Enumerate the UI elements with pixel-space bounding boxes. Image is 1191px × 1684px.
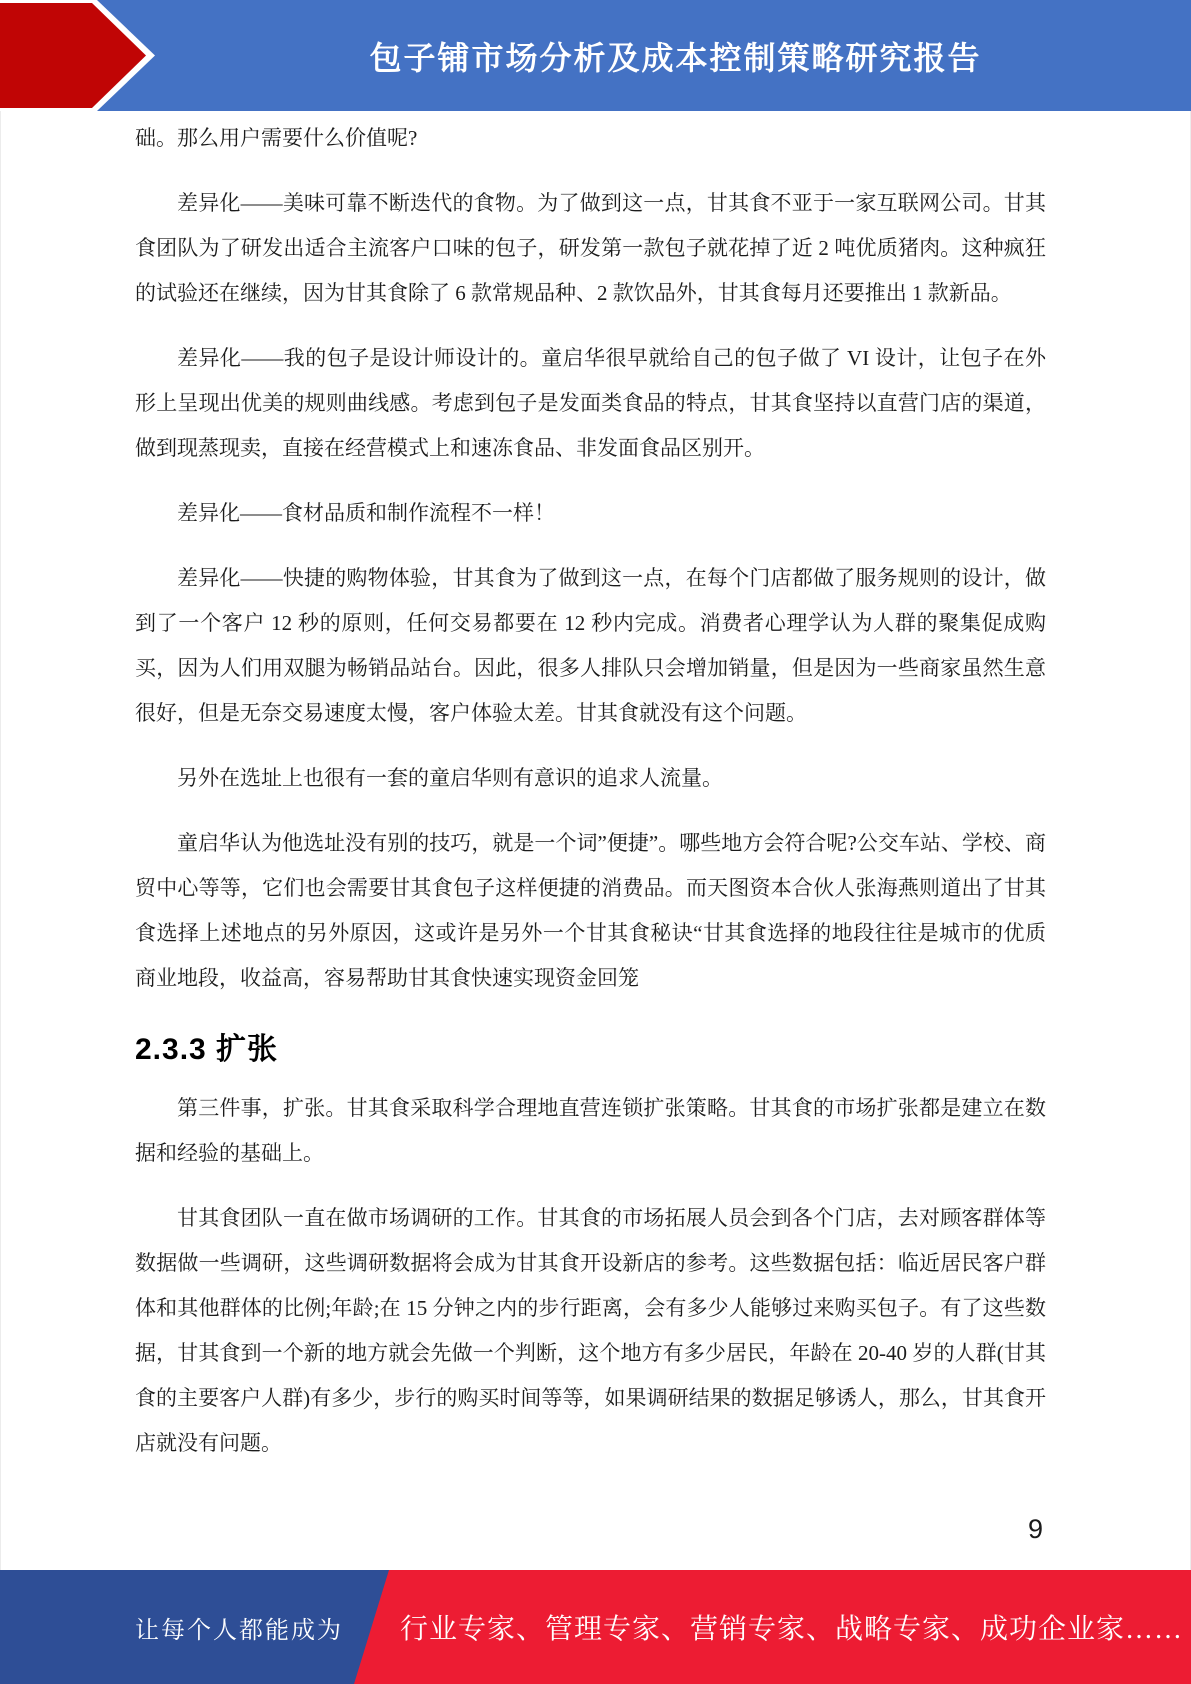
chevron-arrow-icon [0, 0, 160, 111]
page-title: 包子铺市场分析及成本控制策略研究报告 [160, 0, 1191, 111]
section-heading: 2.3.3 扩张 [135, 1027, 1046, 1072]
report-page: 包子铺市场分析及成本控制策略研究报告 础。那么用户需要什么价值呢? 差异化——美… [0, 0, 1191, 1684]
paragraph: 差异化——美味可靠不断迭代的食物。为了做到这一点，甘其食不亚于一家互联网公司。甘… [135, 181, 1046, 316]
footer-band: 让每个人都能成为 行业专家、管理专家、营销专家、战略专家、成功企业家…… [0, 1570, 1191, 1684]
paragraph: 另外在选址上也很有一套的童启华则有意识的追求人流量。 [135, 756, 1046, 801]
page-number: 9 [1028, 1514, 1043, 1545]
paragraph: 第三件事，扩张。甘其食采取科学合理地直营连锁扩张策略。甘其食的市场扩张都是建立在… [135, 1086, 1046, 1176]
paragraph: 甘其食团队一直在做市场调研的工作。甘其食的市场拓展人员会到各个门店，去对顾客群体… [135, 1196, 1046, 1466]
footer-slogan-left: 让每个人都能成为 [135, 1570, 343, 1684]
footer-slogan-right: 行业专家、管理专家、营销专家、战略专家、成功企业家…… [400, 1570, 1183, 1684]
paragraph: 差异化——食材品质和制作流程不一样！ [135, 491, 1046, 536]
paragraph: 础。那么用户需要什么价值呢? [135, 116, 1046, 161]
paragraph: 差异化——快捷的购物体验，甘其食为了做到这一点，在每个门店都做了服务规则的设计，… [135, 556, 1046, 736]
paragraph: 差异化——我的包子是设计师设计的。童启华很早就给自己的包子做了 VI 设计，让包… [135, 336, 1046, 471]
paragraph: 童启华认为他选址没有别的技巧，就是一个词”便捷”。哪些地方会符合呢?公交车站、学… [135, 821, 1046, 1001]
document-body: 础。那么用户需要什么价值呢? 差异化——美味可靠不断迭代的食物。为了做到这一点，… [0, 111, 1191, 1486]
header-band: 包子铺市场分析及成本控制策略研究报告 [0, 0, 1191, 111]
